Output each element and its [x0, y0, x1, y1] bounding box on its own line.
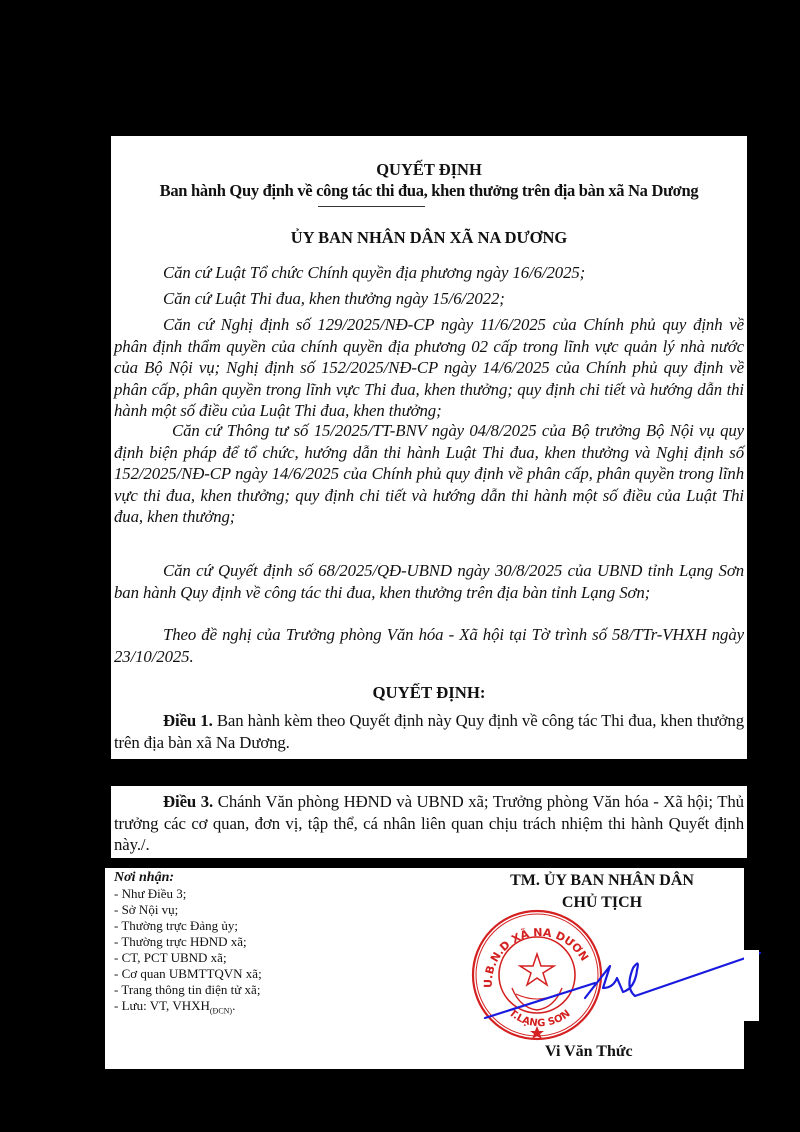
legal-basis-6: Theo đề nghị của Trưởng phòng Văn hóa - … — [114, 624, 744, 667]
recipients-list: Nơi nhận: - Như Điều 3; - Sở Nội vụ; - T… — [114, 870, 262, 1020]
recipients-heading: Nơi nhận: — [114, 870, 262, 886]
recipient-item: - Như Điều 3; — [114, 886, 262, 902]
recipient-item: - Thường trực Đảng ủy; — [114, 918, 262, 934]
article-3: Điều 3. Chánh Văn phòng HĐND và UBND xã;… — [114, 791, 744, 856]
recipient-item: - Sở Nội vụ; — [114, 902, 262, 918]
signature-overflow-strip — [744, 950, 759, 1021]
legal-basis-4: Căn cứ Thông tư số 15/2025/TT-BNV ngày 0… — [114, 420, 744, 528]
decision-heading: QUYẾT ĐỊNH: — [111, 683, 747, 703]
legal-basis-2: Căn cứ Luật Thi đua, khen thưởng ngày 15… — [114, 288, 744, 310]
title-underline — [318, 206, 425, 207]
document-body-section: QUYẾT ĐỊNH Ban hành Quy định về công tác… — [111, 136, 747, 759]
article-3-section: Điều 3. Chánh Văn phòng HĐND và UBND xã;… — [111, 786, 747, 858]
recipient-item: - Thường trực HĐND xã; — [114, 934, 262, 950]
legal-basis-3: Căn cứ Nghị định số 129/2025/NĐ-CP ngày … — [114, 314, 744, 422]
on-behalf-label: TM. ỦY BAN NHÂN DÂN — [477, 870, 727, 892]
recipient-item: - Cơ quan UBMTTQVN xã; — [114, 966, 262, 982]
handwritten-signature-icon — [485, 948, 765, 1028]
document-title: QUYẾT ĐỊNH — [111, 160, 747, 180]
article-1-label: Điều 1. — [163, 711, 213, 730]
legal-basis-5: Căn cứ Quyết định số 68/2025/QĐ-UBND ngà… — [114, 560, 744, 603]
article-1: Điều 1. Ban hành kèm theo Quyết định này… — [114, 710, 744, 753]
recipient-item-archive: - Lưu: VT, VHXH(ĐCN). — [114, 998, 262, 1020]
recipient-item: - Trang thông tin điện tử xã; — [114, 982, 262, 998]
article-3-label: Điều 3. — [163, 792, 213, 811]
document-subtitle: Ban hành Quy định về công tác thi đua, k… — [111, 181, 747, 201]
issuer-heading: ỦY BAN NHÂN DÂN XÃ NA DƯƠNG — [111, 228, 747, 248]
signer-name: Vi Văn Thức — [545, 1043, 633, 1061]
legal-basis-1: Căn cứ Luật Tổ chức Chính quyền địa phươ… — [114, 262, 744, 284]
recipient-item: - CT, PCT UBND xã; — [114, 950, 262, 966]
signature-section: Nơi nhận: - Như Điều 3; - Sở Nội vụ; - T… — [105, 868, 744, 1069]
